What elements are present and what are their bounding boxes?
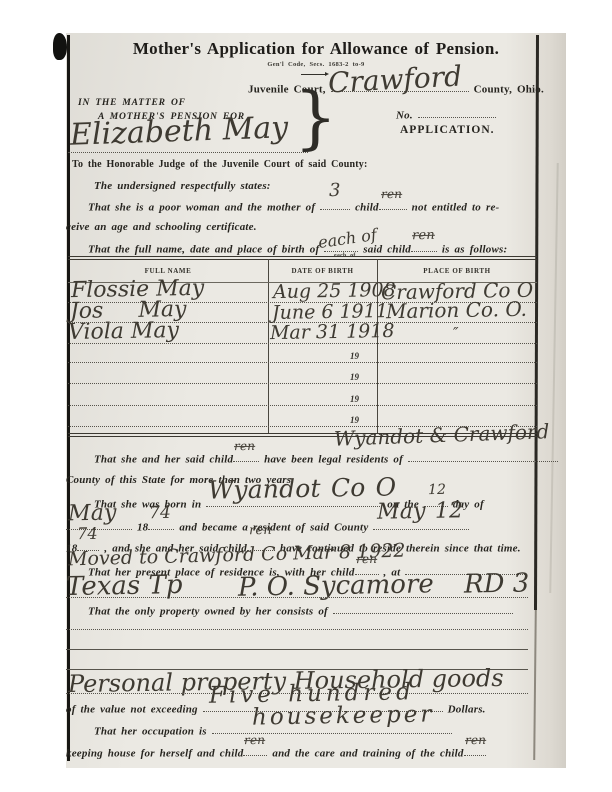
residence-ren-scribble: ren [355, 553, 376, 565]
poor-woman-part3: not entitled to re- [412, 201, 500, 213]
applicant-name-line [68, 152, 308, 153]
ren-scribble-1: ren [381, 188, 402, 200]
row2-place-of-birth: Marion Co. O. [386, 299, 527, 321]
residents-part1: That she and her said child [94, 453, 233, 465]
table-row-line-5 [68, 383, 537, 384]
poor-woman-part2: child [355, 201, 379, 213]
births-ren-handwritten: ren [412, 229, 435, 242]
born-day-handwritten: 12 [428, 483, 446, 497]
born-year-handwritten: 74 [149, 505, 171, 522]
ren-blank-3: ren [233, 451, 259, 462]
row3-place-of-birth-ditto: ″ [453, 326, 459, 341]
scanned-document-page: { "document": { "title": "Mother's Appli… [0, 0, 612, 792]
residents-line: That she and her said child ren have bee… [94, 451, 558, 465]
keeping-house-line: keeping house for herself and child ren … [66, 745, 486, 759]
occupation-line: That her occupation is housekeeper [94, 723, 452, 737]
empty-year-3: 19 [350, 394, 359, 404]
statement-opening: The undersigned respectfully states: [94, 180, 271, 192]
continued-ren-handwritten: ren [249, 524, 272, 537]
table-column-divider-1 [268, 259, 269, 433]
poor-woman-part1: That she is a poor woman and the mother … [88, 201, 315, 213]
residence-handwritten-row: Texas Tp P. O. Sycamore RD 3 [66, 571, 526, 599]
empty-year-4: 19 [350, 415, 359, 425]
ren-blank-1: ren [379, 199, 407, 210]
applicant-name-handwritten: Elizabeth May [70, 113, 289, 151]
resident-year-handwritten: 74 [77, 526, 98, 542]
scanned-paper-sheet: Mother's Application for Allowance of Pe… [66, 33, 566, 768]
births-part3: is as follows: [442, 243, 507, 255]
residence-underline [66, 597, 528, 598]
counties-handwritten: Wyandot & Crawford [334, 421, 550, 449]
occupation-handwritten: housekeeper [252, 703, 435, 729]
row3-date-of-birth: Mar 31 1918 [270, 322, 395, 343]
statement-poor-woman: That she is a poor woman and the mother … [88, 199, 499, 213]
births-part1: That the full name, date and place of bi… [88, 243, 319, 255]
residence-township-handwritten: Texas Tp [66, 572, 183, 600]
born-place-blank: Wyandot Co O [206, 496, 382, 507]
keeping-part1: keeping house for herself and child [66, 747, 243, 759]
property-blank-line-1 [66, 629, 528, 630]
arrow-mark [301, 74, 327, 75]
resident-date-handwritten: May 12 [377, 500, 464, 524]
table-header-date-of-birth: DATE OF BIRTH [268, 267, 377, 275]
table-header-place-of-birth: PLACE OF BIRTH [377, 267, 537, 275]
children-table: FULL NAME DATE OF BIRTH PLACE OF BIRTH 1… [68, 256, 537, 439]
births-part2: said child [363, 243, 411, 255]
value-part1: of the value not exceeding [66, 703, 198, 715]
residents-blank [408, 451, 558, 462]
row1-date-of-birth: Aug 25 1908 [273, 281, 396, 302]
born-place-handwritten: Wyandot Co O [208, 474, 397, 502]
code-reference: Gen'l Code, Secs. 1683-2 to-9 [66, 61, 566, 68]
property-ruled-line-1 [66, 649, 528, 650]
in-the-matter-of: IN THE MATTER OF [78, 98, 186, 108]
row3-full-name: Viola May [68, 320, 179, 344]
table-top-line-1 [68, 256, 537, 257]
page-right-edge-rule-lower [533, 610, 537, 760]
statement-births: That the full name, date and place of bi… [88, 241, 507, 255]
table-row-line-4 [68, 362, 537, 363]
residents-ren-scribble: ren [234, 440, 255, 452]
empty-year-2: 19 [350, 372, 359, 382]
keeping-ren1-scribble: ren [244, 734, 265, 746]
value-part2: Dollars. [448, 703, 486, 715]
keeping-part2: and the care and training of the child [272, 747, 463, 759]
keeping-ren1-blank: ren [243, 745, 267, 756]
occupation-text: That her occupation is [94, 725, 207, 737]
consists-blank [333, 603, 513, 614]
children-count-blank: 3 [320, 199, 350, 210]
page-title: Mother's Application for Allowance of Pe… [66, 39, 566, 59]
table-header-full-name: FULL NAME [68, 267, 268, 275]
page-crease [549, 163, 559, 593]
no-line: No. [396, 107, 496, 121]
born-month-handwritten: May [68, 503, 117, 526]
born-year-blank: 74 [148, 519, 174, 530]
residents-part2: have been legal residents of [264, 453, 403, 465]
no-label: No. [396, 109, 413, 121]
keeping-ren2-scribble: ren [464, 734, 485, 746]
resident-date-blank: May 12 [373, 519, 469, 530]
property-consists-line: That the only property owned by her cons… [88, 603, 513, 617]
year-prefix-1: 18 [137, 521, 148, 533]
residence-rd-handwritten: RD 3 [464, 570, 530, 597]
statement-certificate: ceive an age and schooling certificate. [66, 221, 257, 233]
county-handwritten: Crawford [327, 63, 462, 98]
keeping-ren2-blank: ren [464, 745, 486, 756]
curly-brace: } [294, 85, 337, 153]
no-blank [418, 107, 496, 118]
ren-blank-2: ren [411, 241, 437, 252]
salutation: To the Honorable Judge of the Juvenile C… [72, 159, 368, 170]
consists-text: That the only property owned by her cons… [88, 605, 328, 617]
table-top-line-2 [68, 259, 537, 260]
children-count-handwritten: 3 [329, 182, 341, 200]
scan-ink-blob [53, 33, 67, 60]
court-line-suffix: County, Ohio. [474, 83, 544, 95]
resident-part: and became a resident of said County [179, 521, 368, 533]
table-row-line-6 [68, 405, 537, 406]
empty-year-1: 19 [350, 351, 359, 361]
application-label: APPLICATION. [400, 124, 495, 136]
